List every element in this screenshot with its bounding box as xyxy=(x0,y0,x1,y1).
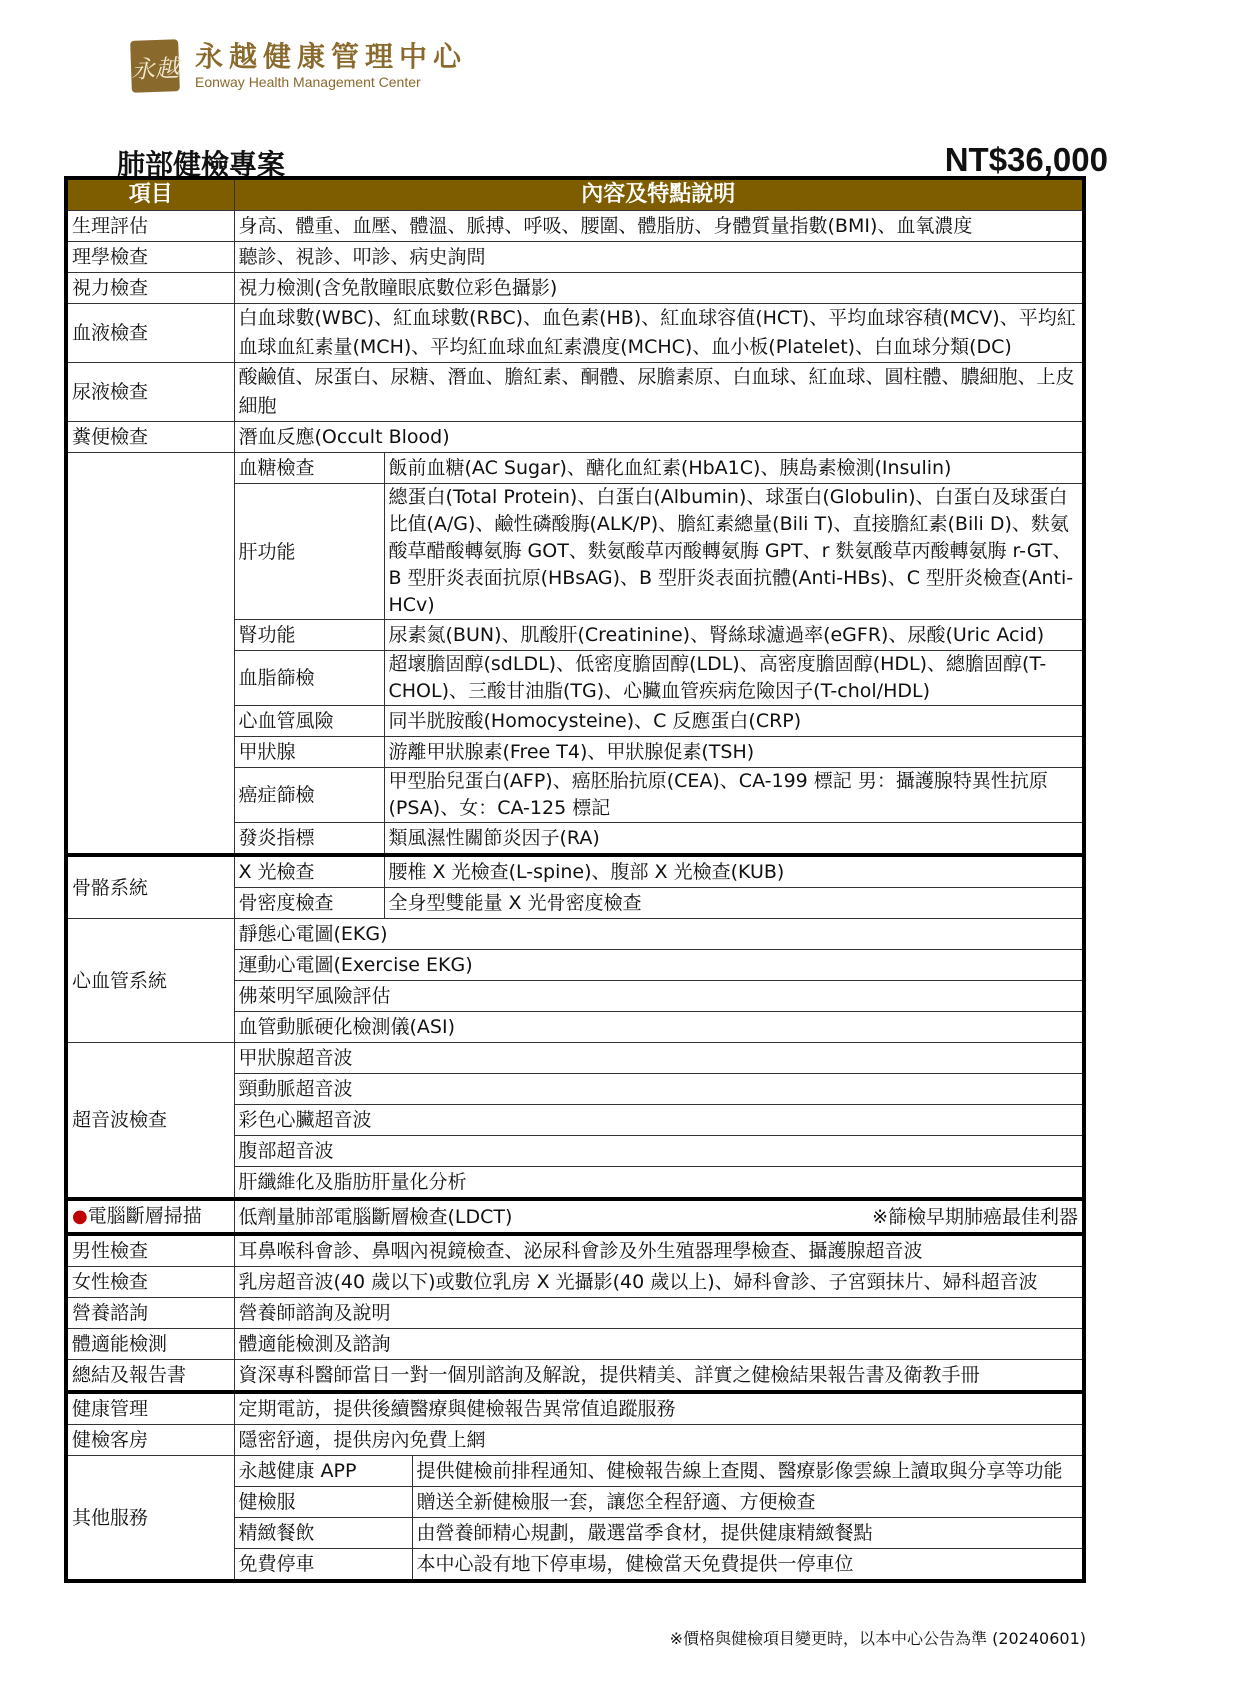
row-content: 超壞膽固醇(sdLDL)、低密度膽固醇(LDL)、高密度膽固醇(HDL)、總膽固… xyxy=(384,651,1084,706)
row-subitem: 心血管風險 xyxy=(234,706,384,737)
row-content: 定期電訪，提供後續醫療與健檢報告異常值追蹤服務 xyxy=(234,1392,1084,1425)
row-content: 頸動脈超音波 xyxy=(234,1074,1084,1105)
table-row: 血糖檢查 飯前血糖(AC Sugar)、醣化血紅素(HbA1C)、胰島素檢測(I… xyxy=(66,453,1084,484)
row-item-empty xyxy=(66,453,234,856)
row-subitem: 免費停車 xyxy=(234,1549,412,1582)
table-row: 骨骼系統 X 光檢查 腰椎 X 光檢查(L-spine)、腹部 X 光檢查(KU… xyxy=(66,855,1084,888)
header-content: 內容及特點說明 xyxy=(234,178,1084,211)
brand-logo: 永越 永越健康管理中心 Eonway Health Management Cen… xyxy=(131,40,467,92)
row-subitem: 健檢服 xyxy=(234,1487,412,1518)
row-subitem: 癌症篩檢 xyxy=(234,768,384,823)
row-content: 資深專科醫師當日一對一個別諮詢及解說，提供精美、詳實之健檢結果報告書及衛教手冊 xyxy=(234,1360,1084,1393)
row-subitem: 甲狀腺 xyxy=(234,737,384,768)
row-content: 由營養師精心規劃，嚴選當季食材，提供健康精緻餐點 xyxy=(412,1518,1084,1549)
brand-name-cn: 永越健康管理中心 xyxy=(195,41,467,73)
table-row-highlight: ●電腦斷層掃描 低劑量肺部電腦斷層檢查(LDCT) ※篩檢早期肺癌最佳利器 xyxy=(66,1199,1084,1234)
row-content: 提供健檢前排程通知、健檢報告線上查閱、醫療影像雲線上讀取與分享等功能 xyxy=(412,1456,1084,1487)
table-row: 男性檢查 耳鼻喉科會診、鼻咽內視鏡檢查、泌尿科會診及外生殖器理學檢查、攝護腺超音… xyxy=(66,1234,1084,1267)
row-content-text: 低劑量肺部電腦斷層檢查(LDCT) xyxy=(239,1206,513,1228)
row-subitem: 發炎指標 xyxy=(234,823,384,856)
row-item: 總結及報告書 xyxy=(66,1360,234,1393)
table-row: 營養諮詢 營養師諮詢及說明 xyxy=(66,1298,1084,1329)
table-row: 血液檢查 白血球數(WBC)、紅血球數(RBC)、血色素(HB)、紅血球容值(H… xyxy=(66,304,1084,363)
footer-note: ※價格與健檢項目變更時，以本中心公告為準 (20240601) xyxy=(670,1626,1086,1649)
row-content: 體適能檢測及諮詢 xyxy=(234,1329,1084,1360)
table-row: 健檢客房 隱密舒適，提供房內免費上網 xyxy=(66,1425,1084,1456)
row-content: 尿素氮(BUN)、肌酸肝(Creatinine)、腎絲球濾過率(eGFR)、尿酸… xyxy=(384,620,1084,651)
row-content: 彩色心臟超音波 xyxy=(234,1105,1084,1136)
table-row: 其他服務 永越健康 APP 提供健檢前排程通知、健檢報告線上查閱、醫療影像雲線上… xyxy=(66,1456,1084,1487)
row-item: 視力檢查 xyxy=(66,273,234,304)
row-content: 游離甲狀腺素(Free T4)、甲狀腺促素(TSH) xyxy=(384,737,1084,768)
table-row: 健康管理 定期電訪，提供後續醫療與健檢報告異常值追蹤服務 xyxy=(66,1392,1084,1425)
row-item: 生理評估 xyxy=(66,211,234,242)
table-row: 女性檢查 乳房超音波(40 歲以下)或數位乳房 X 光攝影(40 歲以上)、婦科… xyxy=(66,1267,1084,1298)
row-content: 飯前血糖(AC Sugar)、醣化血紅素(HbA1C)、胰島素檢測(Insuli… xyxy=(384,453,1084,484)
row-content: 佛萊明罕風險評估 xyxy=(234,981,1084,1012)
table-row: 超音波檢查 甲狀腺超音波 xyxy=(66,1043,1084,1074)
row-content: 白血球數(WBC)、紅血球數(RBC)、血色素(HB)、紅血球容值(HCT)、平… xyxy=(234,304,1084,363)
row-content: 聽診、視診、叩診、病史詢問 xyxy=(234,242,1084,273)
row-content: 隱密舒適，提供房內免費上網 xyxy=(234,1425,1084,1456)
row-content: 營養師諮詢及說明 xyxy=(234,1298,1084,1329)
row-content: 甲狀腺超音波 xyxy=(234,1043,1084,1074)
red-dot-icon: ● xyxy=(72,1206,88,1227)
row-subitem: 血糖檢查 xyxy=(234,453,384,484)
row-item: 血液檢查 xyxy=(66,304,234,363)
table-row: 心血管系統 靜態心電圖(EKG) xyxy=(66,919,1084,950)
row-content: 乳房超音波(40 歲以下)或數位乳房 X 光攝影(40 歲以上)、婦科會診、子宮… xyxy=(234,1267,1084,1298)
package-price: NT$36,000 xyxy=(945,141,1108,179)
table-row: 尿液檢查 酸鹼值、尿蛋白、尿糖、潛血、膽紅素、酮體、尿膽素原、白血球、紅血球、圓… xyxy=(66,363,1084,422)
row-content: 腰椎 X 光檢查(L-spine)、腹部 X 光檢查(KUB) xyxy=(384,855,1084,888)
row-content: 本中心設有地下停車場，健檢當天免費提供一停車位 xyxy=(412,1549,1084,1582)
row-subitem: 肝功能 xyxy=(234,484,384,620)
table-row: 理學檢查 聽診、視診、叩診、病史詢問 xyxy=(66,242,1084,273)
ct-note: ※篩檢早期肺癌最佳利器 xyxy=(872,1202,1078,1232)
row-content: 總蛋白(Total Protein)、白蛋白(Albumin)、球蛋白(Glob… xyxy=(384,484,1084,620)
row-subitem: X 光檢查 xyxy=(234,855,384,888)
row-content: 腹部超音波 xyxy=(234,1136,1084,1167)
table-row: 體適能檢測 體適能檢測及諮詢 xyxy=(66,1329,1084,1360)
header-item: 項目 xyxy=(66,178,234,211)
row-item: 尿液檢查 xyxy=(66,363,234,422)
row-content: 類風濕性關節炎因子(RA) xyxy=(384,823,1084,856)
row-content: 全身型雙能量 X 光骨密度檢查 xyxy=(384,888,1084,919)
row-item: 女性檢查 xyxy=(66,1267,234,1298)
row-item: 心血管系統 xyxy=(66,919,234,1043)
row-content: 肝纖維化及脂肪肝量化分析 xyxy=(234,1167,1084,1200)
table-row: 總結及報告書 資深專科醫師當日一對一個別諮詢及解說，提供精美、詳實之健檢結果報告… xyxy=(66,1360,1084,1393)
table-row: 糞便檢查 潛血反應(Occult Blood) xyxy=(66,422,1084,453)
row-subitem: 血脂篩檢 xyxy=(234,651,384,706)
row-item: 超音波檢查 xyxy=(66,1043,234,1200)
row-content: 潛血反應(Occult Blood) xyxy=(234,422,1084,453)
row-content: 耳鼻喉科會診、鼻咽內視鏡檢查、泌尿科會診及外生殖器理學檢查、攝護腺超音波 xyxy=(234,1234,1084,1267)
row-item: 其他服務 xyxy=(66,1456,234,1582)
row-item-label: 電腦斷層掃描 xyxy=(88,1205,202,1227)
table-row: 生理評估 身高、體重、血壓、體溫、脈搏、呼吸、腰圍、體脂肪、身體質量指數(BMI… xyxy=(66,211,1084,242)
row-content: 視力檢測(含免散瞳眼底數位彩色攝影) xyxy=(234,273,1084,304)
row-item: 健檢客房 xyxy=(66,1425,234,1456)
row-content: 靜態心電圖(EKG) xyxy=(234,919,1084,950)
row-item: 糞便檢查 xyxy=(66,422,234,453)
brand-name-en: Eonway Health Management Center xyxy=(195,73,467,91)
row-subitem: 精緻餐飲 xyxy=(234,1518,412,1549)
row-content: 身高、體重、血壓、體溫、脈搏、呼吸、腰圍、體脂肪、身體質量指數(BMI)、血氧濃… xyxy=(234,211,1084,242)
row-item: 骨骼系統 xyxy=(66,855,234,919)
row-content: 同半胱胺酸(Homocysteine)、C 反應蛋白(CRP) xyxy=(384,706,1084,737)
row-subitem: 腎功能 xyxy=(234,620,384,651)
package-items-table: 項目 內容及特點說明 生理評估 身高、體重、血壓、體溫、脈搏、呼吸、腰圍、體脂肪… xyxy=(64,176,1086,1583)
table-row: 視力檢查 視力檢測(含免散瞳眼底數位彩色攝影) xyxy=(66,273,1084,304)
row-content: 酸鹼值、尿蛋白、尿糖、潛血、膽紅素、酮體、尿膽素原、白血球、紅血球、圓柱體、膿細… xyxy=(234,363,1084,422)
row-content: 贈送全新健檢服一套，讓您全程舒適、方便檢查 xyxy=(412,1487,1084,1518)
row-subitem: 骨密度檢查 xyxy=(234,888,384,919)
row-item: 營養諮詢 xyxy=(66,1298,234,1329)
row-item: 體適能檢測 xyxy=(66,1329,234,1360)
row-item: 理學檢查 xyxy=(66,242,234,273)
logo-mark-icon: 永越 xyxy=(130,39,180,93)
row-item: 男性檢查 xyxy=(66,1234,234,1267)
row-subitem: 永越健康 APP xyxy=(234,1456,412,1487)
row-item: ●電腦斷層掃描 xyxy=(66,1199,234,1234)
table-header-row: 項目 內容及特點說明 xyxy=(66,178,1084,211)
row-content: 運動心電圖(Exercise EKG) xyxy=(234,950,1084,981)
row-content: 甲型胎兒蛋白(AFP)、癌胚胎抗原(CEA)、CA-199 標記 男：攝護腺特異… xyxy=(384,768,1084,823)
row-content: 血管動脈硬化檢測儀(ASI) xyxy=(234,1012,1084,1043)
row-item: 健康管理 xyxy=(66,1392,234,1425)
row-content: 低劑量肺部電腦斷層檢查(LDCT) ※篩檢早期肺癌最佳利器 xyxy=(234,1199,1084,1234)
